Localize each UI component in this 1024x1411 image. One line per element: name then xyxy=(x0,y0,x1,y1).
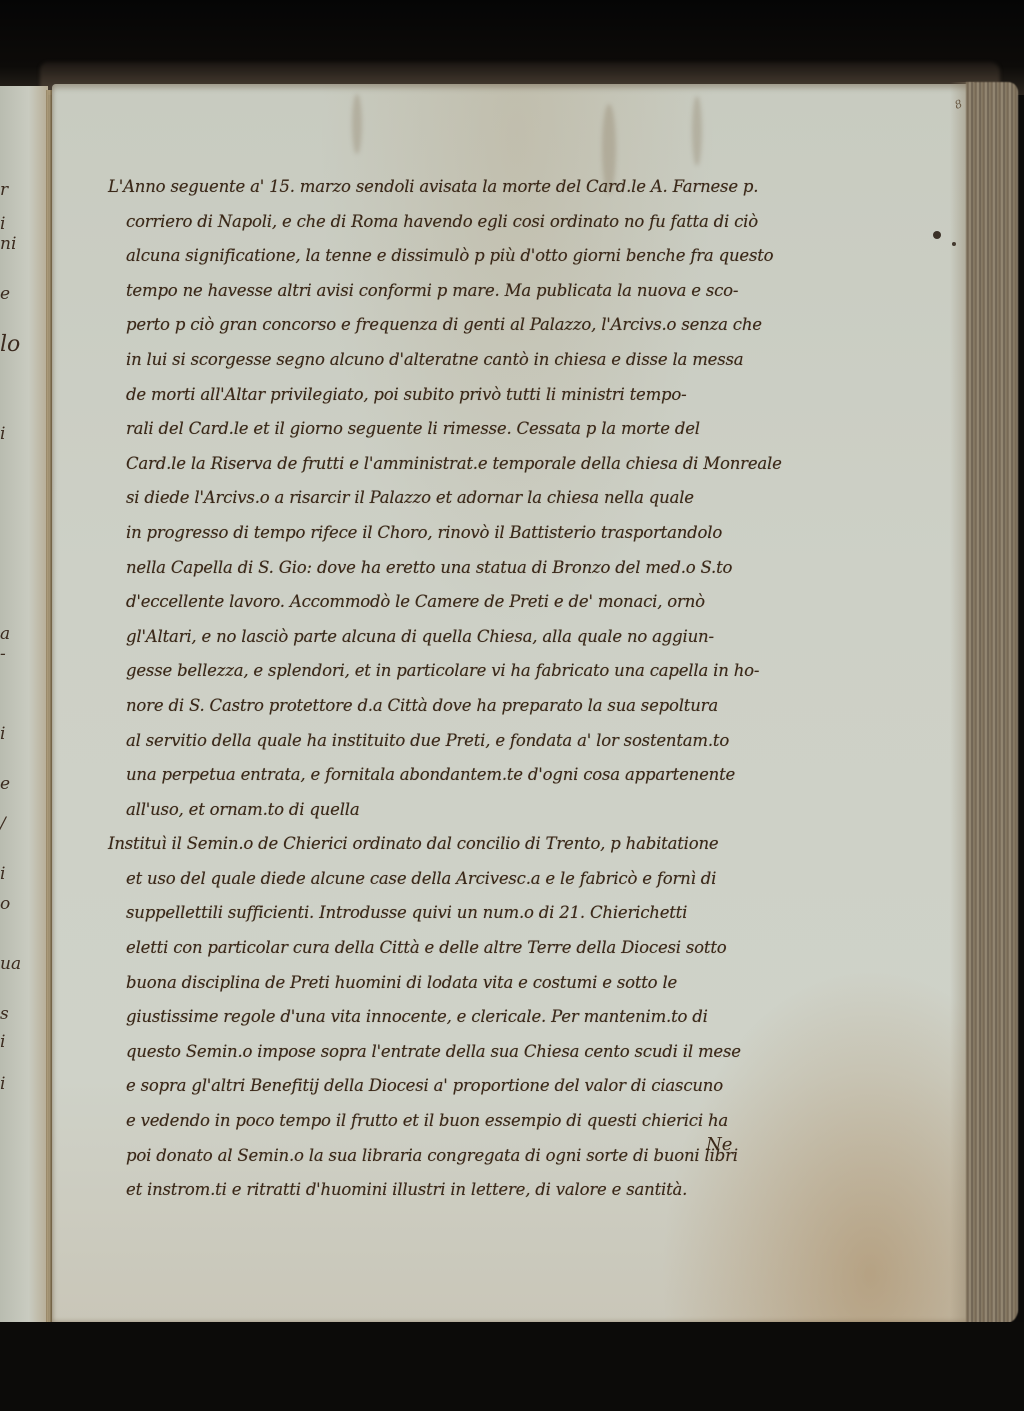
margin-fragment: / xyxy=(0,816,6,833)
margin-fragment: s xyxy=(0,1006,9,1023)
margin-fragment: a xyxy=(0,626,10,643)
text-line: rali del Card.le et il giorno seguente l… xyxy=(108,412,808,447)
text-line: de morti all'Altar privilegiato, poi sub… xyxy=(108,378,808,413)
text-line: corriero di Napoli, e che di Roma havend… xyxy=(108,205,808,240)
text-line: in progresso di tempo rifece il Choro, r… xyxy=(108,516,808,551)
margin-fragment: - xyxy=(0,646,6,663)
margin-fragment: e xyxy=(0,286,10,303)
scan-background-bottom xyxy=(0,1322,1024,1411)
left-facing-page: r i ni e lo i a - i e / i o ua s i i xyxy=(0,86,48,1328)
text-line: poi donato al Semin.o la sua libraria co… xyxy=(108,1139,808,1174)
foxing-stain xyxy=(692,96,702,166)
foxing-stain xyxy=(352,94,362,154)
text-line: tempo ne havesse altri avisi conformi p … xyxy=(108,274,808,309)
text-line: Instituì il Semin.o de Chierici ordinato… xyxy=(108,827,808,862)
book-fore-edge xyxy=(966,82,1018,1324)
left-page-text-fragments: r i ni e lo i a - i e / i o ua s i i xyxy=(0,86,48,1328)
text-line: gl'Altari, e no lasciò parte alcuna di q… xyxy=(108,620,808,655)
text-line: eletti con particolar cura della Città e… xyxy=(108,931,808,966)
text-line: perto p ciò gran concorso e frequenza di… xyxy=(108,308,808,343)
margin-fragment: lo xyxy=(0,334,20,356)
text-line: e vedendo in poco tempo il frutto et il … xyxy=(108,1104,808,1139)
margin-fragment: i xyxy=(0,426,5,443)
text-line: et instrom.ti e ritratti d'huomini illus… xyxy=(108,1173,808,1208)
text-line: d'eccellente lavoro. Accommodò le Camere… xyxy=(108,585,808,620)
text-line: all'uso, et ornam.to di quella xyxy=(108,793,808,828)
margin-fragment: r xyxy=(0,182,8,199)
text-line: una perpetua entrata, e fornitala abonda… xyxy=(108,758,808,793)
margin-fragment: ni xyxy=(0,236,16,253)
margin-fragment: i xyxy=(0,216,5,233)
text-line: giustissime regole d'una vita innocente,… xyxy=(108,1000,808,1035)
text-line: e sopra gl'altri Benefitij della Diocesi… xyxy=(108,1069,808,1104)
text-line: L'Anno seguente a' 15. marzo sendoli avi… xyxy=(108,170,808,205)
margin-fragment: o xyxy=(0,896,10,913)
text-line: buona disciplina de Preti huomini di lod… xyxy=(108,966,808,1001)
text-line: nella Capella di S. Gio: dove ha eretto … xyxy=(108,551,808,586)
ink-spot xyxy=(933,231,941,239)
manuscript-text: L'Anno seguente a' 15. marzo sendoli avi… xyxy=(108,170,808,1208)
margin-fragment: ua xyxy=(0,956,21,973)
margin-fragment: i xyxy=(0,1076,5,1093)
catchword: Ne xyxy=(706,1134,732,1155)
margin-fragment: i xyxy=(0,1034,5,1051)
text-line: questo Semin.o impose sopra l'entrate de… xyxy=(108,1035,808,1070)
text-line: alcuna significatione, la tenne e dissim… xyxy=(108,239,808,274)
text-line: al servitio della quale ha instituito du… xyxy=(108,724,808,759)
text-line: nore di S. Castro protettore d.a Città d… xyxy=(108,689,808,724)
text-line: suppellettili sufficienti. Introdusse qu… xyxy=(108,896,808,931)
text-line: si diede l'Arcivs.o a risarcir il Palazz… xyxy=(108,481,808,516)
margin-fragment: e xyxy=(0,776,10,793)
text-line: et uso del quale diede alcune case della… xyxy=(108,862,808,897)
text-line: gesse bellezza, e splendori, et in parti… xyxy=(108,654,808,689)
margin-fragment: i xyxy=(0,866,5,883)
margin-fragment: i xyxy=(0,726,5,743)
text-line: in lui si scorgesse segno alcuno d'alter… xyxy=(108,343,808,378)
text-line: Card.le la Riserva de frutti e l'amminis… xyxy=(108,447,808,482)
